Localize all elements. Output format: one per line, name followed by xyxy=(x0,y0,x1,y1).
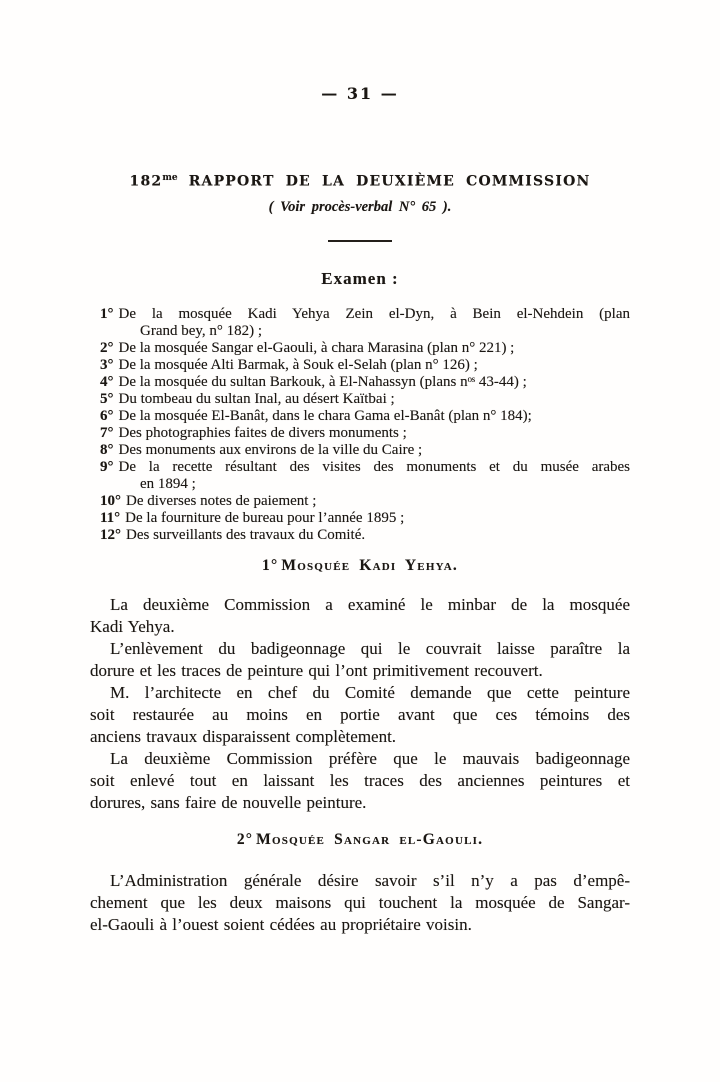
item-text: Des monuments aux environs de la ville d… xyxy=(119,442,423,458)
item-text: De la mosquée Sangar el-Gaouli, à chara … xyxy=(119,340,515,356)
page-number: — 31 — xyxy=(90,84,630,104)
section-2-heading: 2°Mosquée Sangar el-Gaouli. xyxy=(90,830,630,850)
report-number-suffix: me xyxy=(162,173,177,183)
item-text: De la recette résultant des visites des … xyxy=(119,459,631,475)
section-1-body: La deuxième Commission a examiné le minb… xyxy=(90,594,630,814)
examen-list: 1°De la mosquée Kadi Yehya Zein el-Dyn, … xyxy=(90,306,630,544)
section-1-heading: 1°Mosquée Kadi Yehya. xyxy=(90,556,630,576)
text-line: el-Gaouli à l’ouest soient cédées au pro… xyxy=(90,914,630,936)
report-subtitle: ( Voir procès-verbal N° 65 ). xyxy=(90,197,630,217)
text-line: M. l’architecte en chef du Comité demand… xyxy=(90,682,630,704)
section-divider xyxy=(328,240,392,242)
item-number: 4° xyxy=(100,374,114,390)
text-line: chement que les deux maisons qui touchen… xyxy=(90,892,630,914)
item-text: De la mosquée Alti Barmak, à Souk el-Sel… xyxy=(119,357,478,373)
list-item-2: 2°De la mosquée Sangar el-Gaouli, à char… xyxy=(90,340,630,357)
item-number: 6° xyxy=(100,408,114,424)
item-number: 10° xyxy=(100,493,121,509)
item-text: Du tombeau du sultan Inal, au désert Kaï… xyxy=(119,391,395,407)
paragraph: L’enlèvement du badigeonnage qui le couv… xyxy=(90,638,630,682)
paragraph: L’Administration générale désire savoir … xyxy=(90,870,630,936)
paragraph: La deuxième Commission a examiné le minb… xyxy=(90,594,630,638)
section-heading-number: 2° xyxy=(237,831,253,848)
list-item-9-continuation: en 1894 ; xyxy=(90,476,630,493)
list-item-7: 7°Des photographies faites de divers mon… xyxy=(90,425,630,442)
list-item-12: 12°Des surveillants des travaux du Comit… xyxy=(90,527,630,544)
item-number: 8° xyxy=(100,442,114,458)
section-2-body: L’Administration générale désire savoir … xyxy=(90,870,630,936)
list-item-4: 4°De la mosquée du sultan Barkouk, à El-… xyxy=(90,374,630,391)
item-number: 5° xyxy=(100,391,114,407)
text-line: L’enlèvement du badigeonnage qui le couv… xyxy=(90,638,630,660)
list-item-11: 11°De la fourniture de bureau pour l’ann… xyxy=(90,510,630,527)
item-number: 7° xyxy=(100,425,114,441)
text-line: La deuxième Commission a examiné le minb… xyxy=(90,594,630,616)
text-line: Kadi Yehya. xyxy=(90,616,630,638)
item-text: De la mosquée El-Banât, dans le chara Ga… xyxy=(119,408,532,424)
item-number: 1° xyxy=(100,306,114,322)
item-text: Des photographies faites de divers monum… xyxy=(119,425,407,441)
item-number: 9° xyxy=(100,459,114,475)
list-item-1: 1°De la mosquée Kadi Yehya Zein el-Dyn, … xyxy=(90,306,630,323)
item-number: 11° xyxy=(100,510,120,526)
list-item-10: 10°De diverses notes de paiement ; xyxy=(90,493,630,510)
item-text: De la mosquée Kadi Yehya Zein el-Dyn, à … xyxy=(119,306,631,322)
list-item-3: 3°De la mosquée Alti Barmak, à Souk el-S… xyxy=(90,357,630,374)
item-text: De la fourniture de bureau pour l’année … xyxy=(125,510,404,526)
text-line: soit enlevé tout en laissant les traces … xyxy=(90,770,630,792)
text-line: soit restaurée au moins en portie avant … xyxy=(90,704,630,726)
item-number: 3° xyxy=(100,357,114,373)
item-text: De diverses notes de paiement ; xyxy=(126,493,316,509)
item-number: 12° xyxy=(100,527,121,543)
item-text: De la mosquée du sultan Barkouk, à El-Na… xyxy=(119,374,527,390)
text-line: dorures, sans faire de nouvelle peinture… xyxy=(90,792,630,814)
item-number: 2° xyxy=(100,340,114,356)
report-title-text: RAPPORT DE LA DEUXIÈME COMMISSION xyxy=(189,174,591,190)
section-heading-title: Mosquée Kadi Yehya. xyxy=(281,557,458,574)
text-line: La deuxième Commission préfère que le ma… xyxy=(90,748,630,770)
section-heading-title: Mosquée Sangar el-Gaouli. xyxy=(256,831,483,848)
examen-heading: Examen : xyxy=(90,268,630,290)
section-heading-number: 1° xyxy=(262,557,278,574)
list-item-1-continuation: Grand bey, n° 182) ; xyxy=(90,323,630,340)
paragraph: La deuxième Commission préfère que le ma… xyxy=(90,748,630,814)
text-line: dorure et les traces de peinture qui l’o… xyxy=(90,660,630,682)
list-item-8: 8°Des monuments aux environs de la ville… xyxy=(90,442,630,459)
item-text: Des surveillants des travaux du Comité. xyxy=(126,527,365,543)
document-page: — 31 — 182me RAPPORT DE LA DEUXIÈME COMM… xyxy=(0,0,720,1082)
paragraph: M. l’architecte en chef du Comité demand… xyxy=(90,682,630,748)
report-title: 182me RAPPORT DE LA DEUXIÈME COMMISSION xyxy=(90,168,630,192)
text-line: anciens travaux disparaissent complèteme… xyxy=(90,726,630,748)
list-item-6: 6°De la mosquée El-Banât, dans le chara … xyxy=(90,408,630,425)
report-number: 182 xyxy=(130,174,163,190)
text-line: L’Administration générale désire savoir … xyxy=(90,870,630,892)
list-item-5: 5°Du tombeau du sultan Inal, au désert K… xyxy=(90,391,630,408)
list-item-9: 9°De la recette résultant des visites de… xyxy=(90,459,630,476)
